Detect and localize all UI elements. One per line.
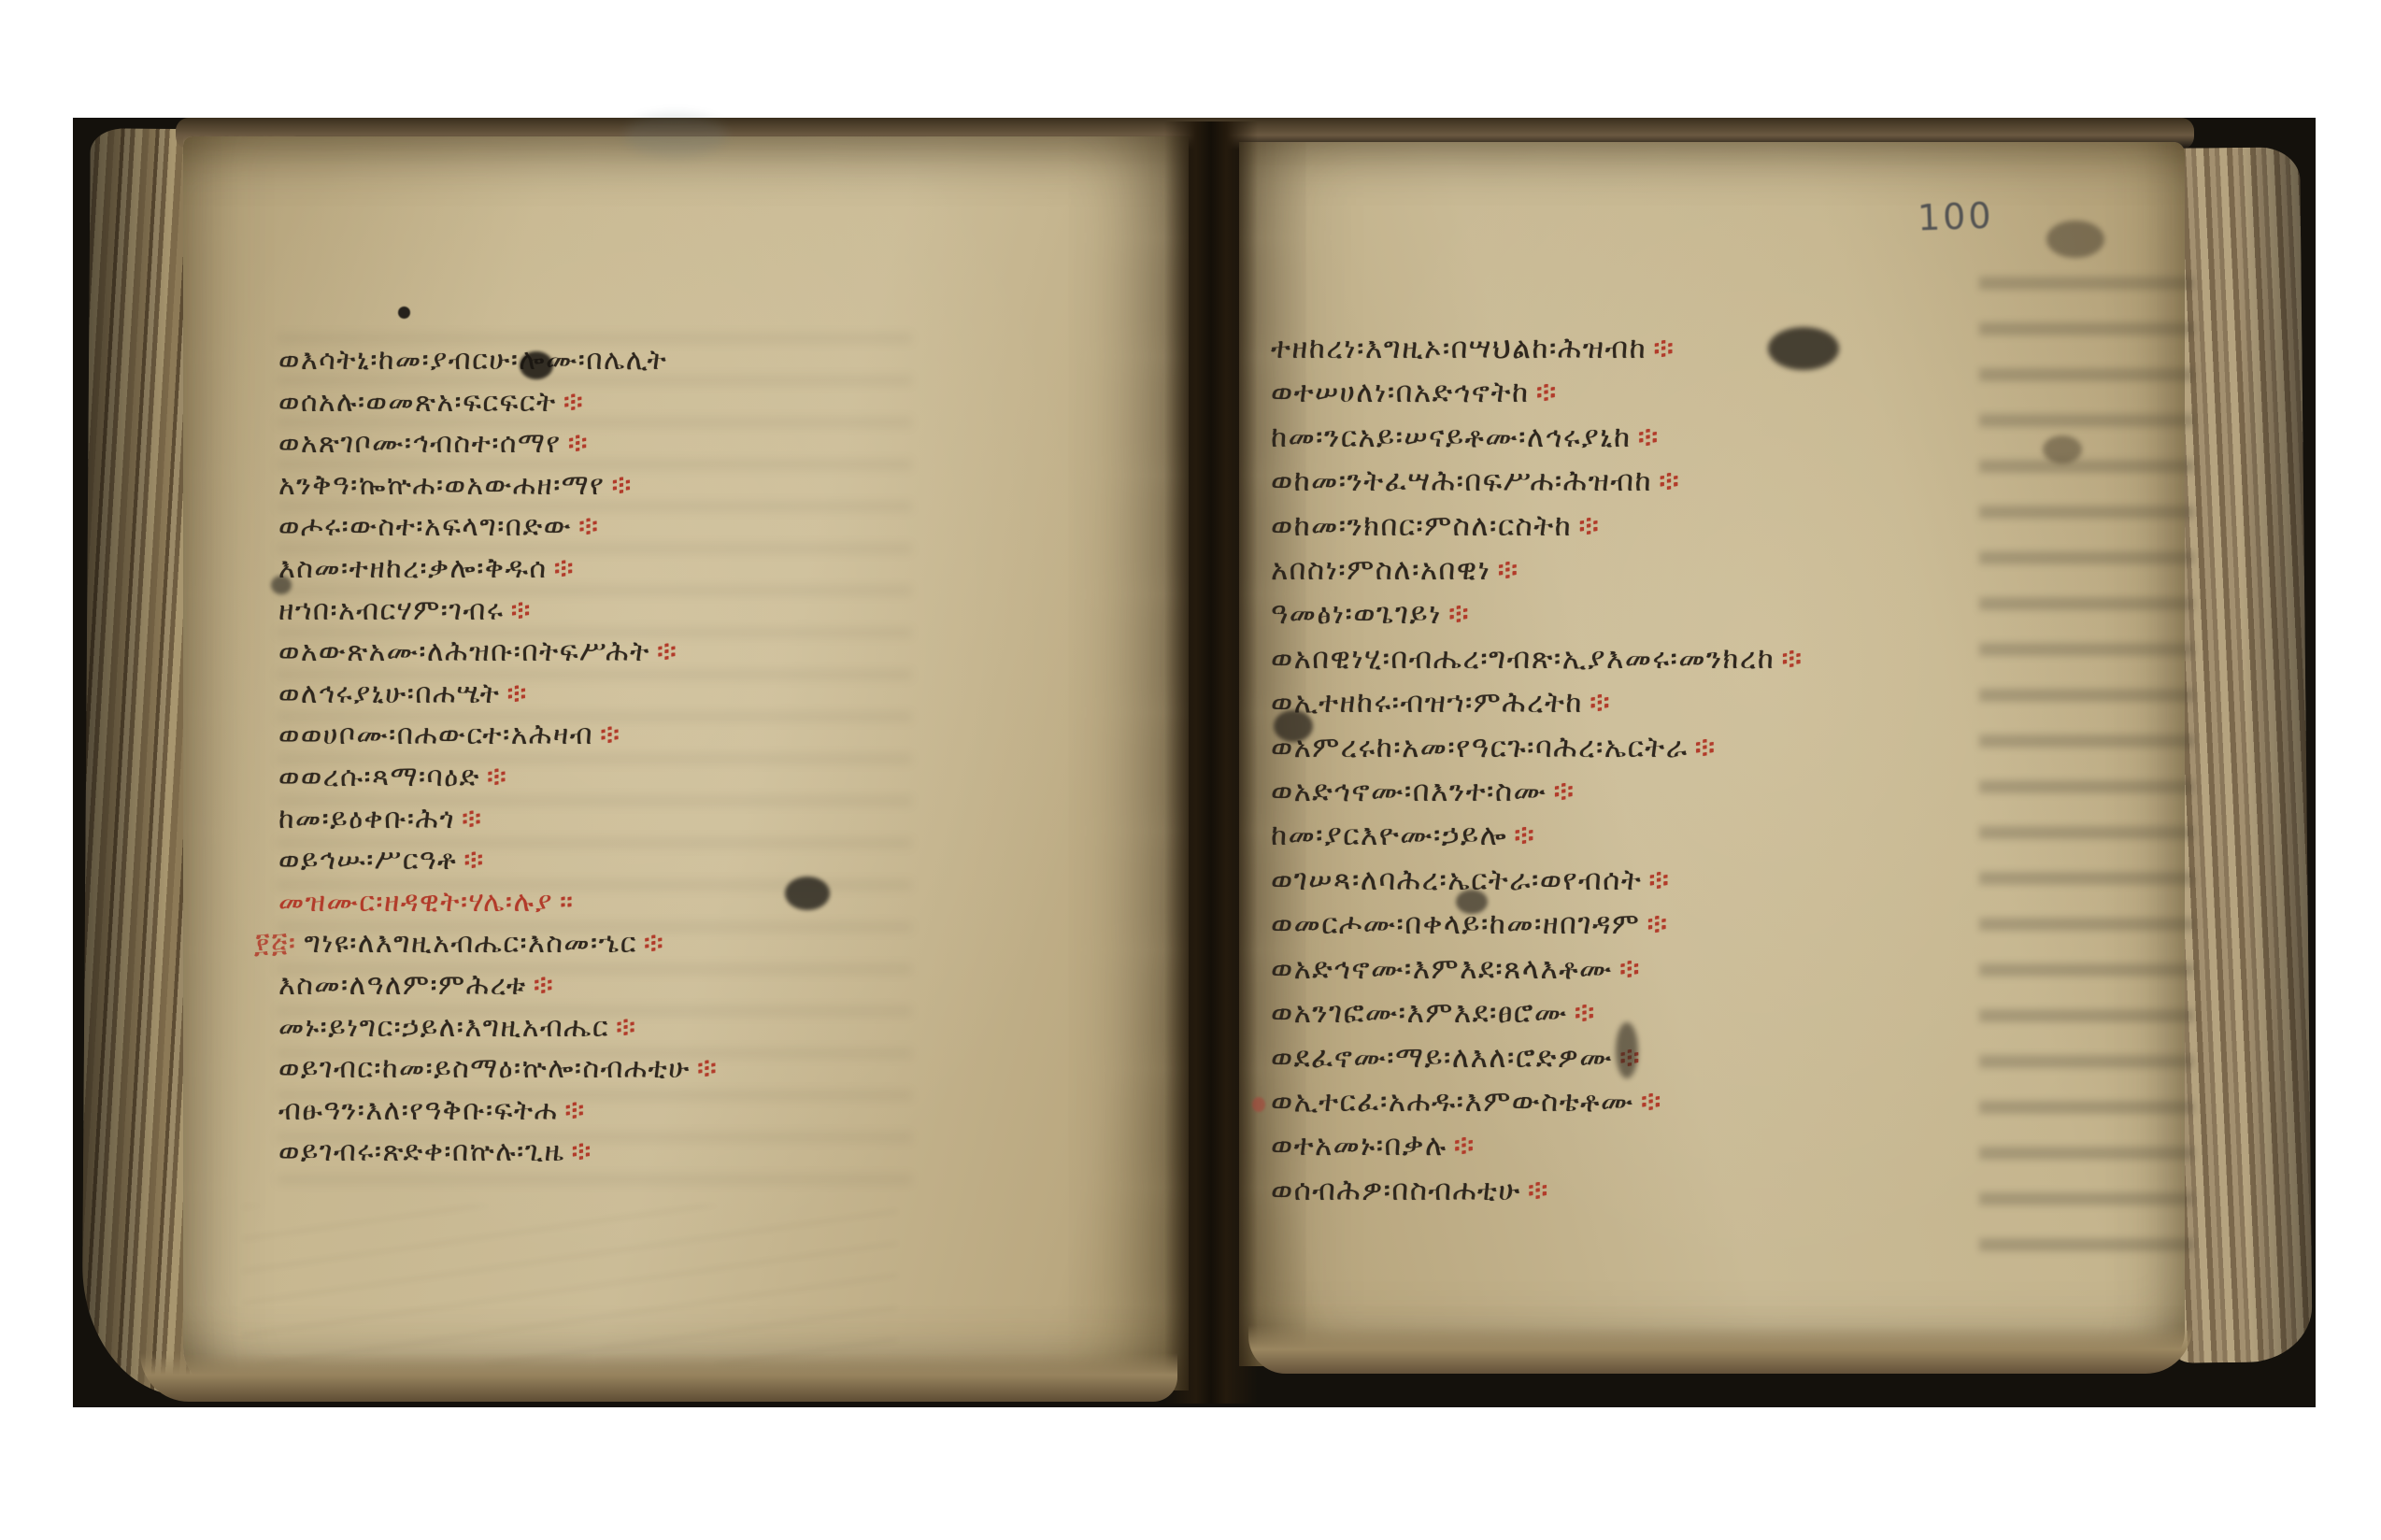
text-line: ዓመፅነ፡ወጌገይነ፨ bbox=[1271, 592, 1804, 636]
line-text: ወአውጽአሙ፡ለሕዝቡ፡በትፍሥሕት bbox=[278, 635, 650, 668]
text-line: ወደፈኖሙ፡ማይ፡ለእለ፡ሮድዎሙ፨ bbox=[1271, 1036, 1804, 1080]
page-number: 100 bbox=[1917, 195, 1994, 239]
ink-blot bbox=[520, 351, 553, 379]
text-line: ወይገብሩ፡ጽድቀ፡በኵሉ፡ጊዜ፨ bbox=[278, 1132, 718, 1174]
line-text: ተዘከረነ፡እግዚኦ፡በሣህልከ፡ሕዝብከ bbox=[1271, 332, 1647, 365]
scanned-manuscript-spread: 100 ወእሳትኒ፡ከመ፡ያብርሁ፡ሎሙ፡በሌሊትወሰአሉ፡ወመጽአ፡ፍርፍርት… bbox=[0, 0, 2381, 1540]
line-text: ብፁዓን፡እለ፡የዓቅቡ፡ፍትሐ bbox=[278, 1094, 558, 1127]
line-text: ወአንገፎሙ፡እምእደ፡ፀሮሙ bbox=[1271, 996, 1568, 1030]
ink-spot bbox=[398, 307, 410, 319]
line-text: ወኢተርፈ፡አሐዱ፡እምውስቴቶሙ bbox=[1271, 1085, 1634, 1119]
verse-separator: ፨ bbox=[1659, 464, 1680, 498]
text-line: ወኢተርፈ፡አሐዱ፡እምውስቴቶሙ፨ bbox=[1271, 1080, 1804, 1124]
verse-separator: ፨ bbox=[564, 1094, 586, 1127]
verse-separator: ፨ bbox=[600, 719, 621, 751]
line-text: ወወረሱ፡ጻማ፡ባዕድ bbox=[278, 761, 480, 793]
line-text: ወመርሖሙ፡በቀላይ፡ከመ፡ዘበገዳም bbox=[1271, 907, 1640, 941]
text-line: ወአድኅኖሙ፡በእንተ፡ስሙ፨ bbox=[1271, 770, 1804, 814]
red-ink-speck bbox=[1252, 1097, 1265, 1112]
verse-separator: ፨ bbox=[563, 386, 585, 419]
ink-blot bbox=[1456, 890, 1488, 914]
rubric-line: መዝሙር፡ዘዳዊት፡ሃሌ፡ሉያ። bbox=[278, 882, 718, 924]
verse-separator: ፨ bbox=[1648, 863, 1670, 897]
line-text: ወይኅሡ፡ሥርዓቶ bbox=[278, 844, 457, 877]
verse-separator: ፨ bbox=[462, 803, 483, 835]
verse-separator: ፨ bbox=[697, 1052, 719, 1085]
ghost-page-number-smudge bbox=[624, 114, 727, 157]
verse-separator: ፨ bbox=[1575, 996, 1596, 1030]
line-text: ወአድኅኖሙ፡እምእደ፡ጸላእቶሙ bbox=[1271, 952, 1613, 986]
line-text: ግነዩ፡ለእግዚአብሔር፡እስመ፡ኄር bbox=[304, 927, 636, 960]
right-page-text-column: ተዘከረነ፡እግዚኦ፡በሣህልከ፡ሕዝብከ፨ወተሠሀለነ፡በአድኅኖትከ፨ከመ፡… bbox=[1271, 327, 1804, 1213]
psalm-number: ፻፭፡ bbox=[254, 927, 296, 960]
line-text: ወለኅሩያኒሁ፡በሐሤት bbox=[278, 677, 500, 710]
right-page-bottom-edge bbox=[1248, 1325, 2192, 1374]
text-line: ወመርሖሙ፡በቀላይ፡ከመ፡ዘበገዳም፨ bbox=[1271, 903, 1804, 947]
verse-separator: ፨ bbox=[1578, 509, 1600, 543]
verse-separator: ፨ bbox=[1647, 907, 1668, 941]
line-text: ወእሳትኒ፡ከመ፡ያብርሁ፡ሎሙ፡በሌሊት bbox=[278, 344, 667, 377]
line-text: ዓመፅነ፡ወጌገይነ bbox=[1271, 597, 1442, 631]
verse-separator: ፨ bbox=[1497, 553, 1518, 587]
line-text: ወአበዊነሂ፡በብሔረ፡ግብጽ፡ኢያእመሩ፡መንክረከ bbox=[1271, 642, 1775, 676]
ink-smudge bbox=[271, 576, 292, 594]
text-line: ወኢተዘከሩ፡ብዝኀ፡ምሕረትከ፨ bbox=[1271, 681, 1804, 725]
book-gutter bbox=[1164, 121, 1258, 1404]
line-text: እስመ፡ተዘከረ፡ቃሎ፡ቅዱሰ bbox=[278, 552, 548, 585]
verse-separator: ፨ bbox=[506, 677, 528, 710]
left-page-text-column: ወእሳትኒ፡ከመ፡ያብርሁ፡ሎሙ፡በሌሊትወሰአሉ፡ወመጽአ፡ፍርፍርት፨ወአጽ… bbox=[278, 340, 718, 1174]
verse-separator: ። bbox=[560, 886, 575, 919]
line-text: ዘኀበ፡አብርሃም፡ገብሩ bbox=[278, 594, 504, 627]
verse-separator: ፨ bbox=[1454, 1129, 1476, 1162]
verse-separator: ፨ bbox=[1619, 952, 1641, 986]
line-text: ወሰአሉ፡ወመጽአ፡ፍርፍርት bbox=[278, 386, 557, 419]
text-line: ወሰአሉ፡ወመጽአ፡ፍርፍርት፨ bbox=[278, 382, 718, 424]
text-line: ወለኅሩያኒሁ፡በሐሤት፨ bbox=[278, 674, 718, 716]
text-line: ወከመ፡ንትፈሣሕ፡በፍሥሐ፡ሕዝብከ፨ bbox=[1271, 460, 1804, 504]
verse-separator: ፨ bbox=[1514, 819, 1535, 852]
line-text: መዝሙር፡ዘዳዊት፡ሃሌ፡ሉያ bbox=[278, 886, 553, 919]
verse-separator: ፨ bbox=[1641, 1085, 1662, 1119]
text-line: ከመ፡ይዕቀቡ፡ሕጎ፨ bbox=[278, 799, 718, 841]
text-line: ወተሠሀለነ፡በአድኅኖትከ፨ bbox=[1271, 371, 1804, 415]
text-line: ተዘከረነ፡እግዚኦ፡በሣህልከ፡ሕዝብከ፨ bbox=[1271, 327, 1804, 371]
text-line: እስመ፡ተዘከረ፡ቃሎ፡ቅዱሰ፨ bbox=[278, 549, 718, 591]
ink-smear bbox=[1616, 1022, 1638, 1078]
verse-separator: ፨ bbox=[487, 761, 508, 793]
line-text: ወከመ፡ንክበር፡ምስለ፡ርስትከ bbox=[1271, 509, 1572, 543]
line-text: እስመ፡ለዓለም፡ምሕረቱ bbox=[278, 969, 527, 1002]
text-line: ወሖሩ፡ውስተ፡አፍላግ፡በድው፨ bbox=[278, 506, 718, 549]
verse-separator: ፨ bbox=[534, 969, 555, 1002]
verse-separator: ፨ bbox=[616, 1011, 637, 1044]
line-text: ወአምረሩከ፡አመ፡የዓርጉ፡ባሕረ፡ኤርትራ bbox=[1271, 731, 1689, 764]
text-line: ፻፭፡ግነዩ፡ለእግዚአብሔር፡እስመ፡ኄር፨ bbox=[278, 923, 718, 965]
verse-separator: ፨ bbox=[568, 427, 590, 460]
text-line: አበስነ፡ምስለ፡አበዊነ፨ bbox=[1271, 549, 1804, 592]
verse-separator: ፨ bbox=[611, 469, 633, 502]
line-text: ወገሠጻ፡ለባሕረ፡ኤርትራ፡ወየብሰት bbox=[1271, 863, 1642, 897]
text-line: ወሰብሕዎ፡በስብሐቲሁ፨ bbox=[1271, 1169, 1804, 1213]
line-text: ወከመ፡ንትፈሣሕ፡በፍሥሐ፡ሕዝብከ bbox=[1271, 464, 1652, 498]
text-line: ወአጽገቦሙ፡ኅብስተ፡ሰማየ፨ bbox=[278, 423, 718, 465]
line-text: ወወሀቦሙ፡በሐውርተ፡አሕዛብ bbox=[278, 719, 593, 751]
verse-separator: ፨ bbox=[1653, 332, 1675, 365]
text-line: ወአበዊነሂ፡በብሔረ፡ግብጽ፡ኢያእመሩ፡መንክረከ፨ bbox=[1271, 637, 1804, 681]
verse-separator: ፨ bbox=[1590, 686, 1611, 720]
text-line: ወእሳትኒ፡ከመ፡ያብርሁ፡ሎሙ፡በሌሊት bbox=[278, 340, 718, 382]
text-line: ከመ፡ንርአይ፡ሠናይቶሙ፡ለኅሩያኒከ፨ bbox=[1271, 416, 1804, 460]
text-line: መኑ፡ይነግር፡ኃይለ፡እግዚአብሔር፨ bbox=[278, 1007, 718, 1049]
text-line: ወወረሱ፡ጻማ፡ባዕድ፨ bbox=[278, 757, 718, 799]
stain bbox=[2043, 435, 2082, 463]
line-text: ወሖሩ፡ውስተ፡አፍላግ፡በድው bbox=[278, 510, 572, 543]
line-text: መኑ፡ይነግር፡ኃይለ፡እግዚአብሔር bbox=[278, 1011, 609, 1044]
line-text: ወይገብር፡ከመ፡ይስማዕ፡ኵሎ፡ስብሐቲሁ bbox=[278, 1052, 691, 1085]
line-text: ወአጽገቦሙ፡ኅብስተ፡ሰማየ bbox=[278, 427, 562, 460]
verse-separator: ፨ bbox=[1553, 775, 1575, 808]
verse-separator: ፨ bbox=[463, 844, 485, 877]
line-text: ወሰብሕዎ፡በስብሐቲሁ bbox=[1271, 1174, 1521, 1207]
verse-separator: ፨ bbox=[1536, 376, 1558, 409]
text-line: ወአድኅኖሙ፡እምእደ፡ጸላእቶሙ፨ bbox=[1271, 948, 1804, 991]
verse-separator: ፨ bbox=[571, 1135, 592, 1168]
text-line: ወአንገፎሙ፡እምእደ፡ፀሮሙ፨ bbox=[1271, 991, 1804, 1035]
line-text: ወይገብሩ፡ጽድቀ፡በኵሉ፡ጊዜ bbox=[278, 1135, 564, 1168]
ink-blot bbox=[1274, 710, 1313, 742]
verse-separator: ፨ bbox=[1528, 1174, 1549, 1207]
line-text: አበስነ፡ምስለ፡አበዊነ bbox=[1271, 553, 1490, 587]
verse-separator: ፨ bbox=[578, 510, 600, 543]
text-line: ከመ፡ያርእዮሙ፡ኃይሎ፨ bbox=[1271, 814, 1804, 858]
text-line: ወአምረሩከ፡አመ፡የዓርጉ፡ባሕረ፡ኤርትራ፨ bbox=[1271, 726, 1804, 770]
text-line: ወይገብር፡ከመ፡ይስማዕ፡ኵሎ፡ስብሐቲሁ፨ bbox=[278, 1048, 718, 1091]
line-text: ከመ፡ያርእዮሙ፡ኃይሎ bbox=[1271, 819, 1507, 852]
verse-separator: ፨ bbox=[657, 635, 678, 668]
line-text: ወደፈኖሙ፡ማይ፡ለእለ፡ሮድዎሙ bbox=[1271, 1041, 1613, 1075]
line-text: አንቅዓ፡ኰኵሐ፡ወአውሐዘ፡ማየ bbox=[278, 469, 605, 502]
verse-separator: ፨ bbox=[1638, 421, 1660, 454]
line-text: ወኢተዘከሩ፡ብዝኀ፡ምሕረትከ bbox=[1271, 686, 1583, 720]
line-text: ወተአመኑ፡በቃሉ bbox=[1271, 1129, 1447, 1162]
bleed-through-text bbox=[243, 1205, 897, 1364]
line-text: ከመ፡ይዕቀቡ፡ሕጎ bbox=[278, 803, 455, 835]
line-text: ወአድኅኖሙ፡በእንተ፡ስሙ bbox=[1271, 775, 1547, 808]
verse-separator: ፨ bbox=[1781, 642, 1803, 676]
verse-separator: ፨ bbox=[644, 927, 665, 960]
verse-separator: ፨ bbox=[1695, 731, 1717, 764]
verse-separator: ፨ bbox=[1448, 597, 1470, 631]
verse-separator: ፨ bbox=[510, 594, 532, 627]
line-text: ከመ፡ንርአይ፡ሠናይቶሙ፡ለኅሩያኒከ bbox=[1271, 421, 1632, 454]
stain bbox=[2046, 221, 2104, 258]
line-text: ወተሠሀለነ፡በአድኅኖትከ bbox=[1271, 376, 1530, 409]
text-line: ዘኀበ፡አብርሃም፡ገብሩ፨ bbox=[278, 591, 718, 633]
text-line: ወከመ፡ንክበር፡ምስለ፡ርስትከ፨ bbox=[1271, 505, 1804, 549]
verse-separator: ፨ bbox=[554, 552, 576, 585]
ink-blot bbox=[785, 877, 830, 910]
text-line: እስመ፡ለዓለም፡ምሕረቱ፨ bbox=[278, 965, 718, 1007]
bleed-through-text bbox=[1979, 277, 2194, 1258]
text-line: ብፁዓን፡እለ፡የዓቅቡ፡ፍትሐ፨ bbox=[278, 1091, 718, 1133]
text-line: ወይኅሡ፡ሥርዓቶ፨ bbox=[278, 840, 718, 882]
text-line: ወወሀቦሙ፡በሐውርተ፡አሕዛብ፨ bbox=[278, 715, 718, 757]
text-line: አንቅዓ፡ኰኵሐ፡ወአውሐዘ፡ማየ፨ bbox=[278, 465, 718, 507]
text-line: ወገሠጻ፡ለባሕረ፡ኤርትራ፡ወየብሰት፨ bbox=[1271, 859, 1804, 903]
text-line: ወአውጽአሙ፡ለሕዝቡ፡በትፍሥሕት፨ bbox=[278, 632, 718, 674]
text-line: ወተአመኑ፡በቃሉ፨ bbox=[1271, 1124, 1804, 1168]
ink-blot bbox=[1768, 327, 1839, 370]
